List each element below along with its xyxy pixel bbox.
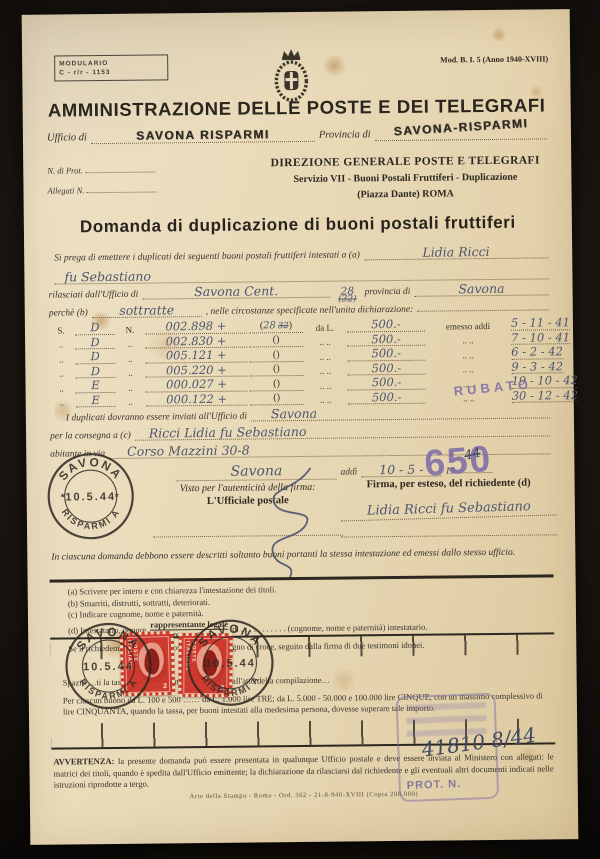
postmark-city: SAVONA bbox=[195, 621, 265, 650]
bond-n-label: .. bbox=[118, 397, 144, 407]
perche-filler bbox=[417, 309, 549, 311]
document-paper: MODULARIO C - r/r - 1153 Mod. B. I. 5 (A… bbox=[22, 9, 579, 845]
bond-s: .. bbox=[50, 397, 74, 407]
modulario-box: MODULARIO C - r/r - 1153 bbox=[54, 54, 168, 81]
direzione-block: DIREZIONE GENERALE POSTE E TELEGRAFI Ser… bbox=[261, 154, 549, 201]
provincia-label: Provincia di bbox=[319, 129, 371, 141]
allegati-field bbox=[86, 191, 156, 193]
bond-amount: 500.- bbox=[347, 376, 425, 390]
bond-n-label: .. bbox=[117, 368, 143, 378]
inviati-line: I duplicati dovranno essere inviati all'… bbox=[66, 404, 550, 423]
ufficio-field: SAVONA RISPARMI bbox=[91, 127, 315, 144]
bond-fraction bbox=[250, 392, 304, 406]
ufficio-label: Ufficio di bbox=[47, 132, 87, 143]
bond-fraction-crossed: 32 bbox=[278, 321, 289, 331]
postmark-city: SAVONA bbox=[56, 454, 126, 483]
prot-number-field bbox=[85, 172, 155, 174]
bond-emesso-label: .. .. bbox=[427, 364, 509, 375]
stamp-value: 2 bbox=[163, 683, 167, 690]
bond-date: 7 - 10 - 41 bbox=[511, 331, 570, 345]
bond-da-label: .. .. bbox=[306, 395, 346, 405]
firma-block: Firma, per esteso, del richiedente (d) L… bbox=[341, 477, 558, 537]
bond-fraction bbox=[249, 363, 303, 377]
perche-value: sottratte bbox=[92, 303, 202, 318]
svg-text:RISPARMI A: RISPARMI A bbox=[199, 673, 262, 698]
postmark-city: SAVONA bbox=[73, 624, 143, 653]
intro-line: Si prega di emettere i duplicati dei seg… bbox=[54, 244, 548, 263]
bond-n-label: N. bbox=[117, 324, 143, 334]
bond-da-label: .. .. bbox=[305, 351, 345, 361]
faded-stamp-line bbox=[406, 702, 486, 711]
perche-suffix: , nelle circostanze specificate nell'uni… bbox=[206, 305, 414, 317]
bond-fraction bbox=[249, 377, 303, 391]
bond-number: 005.220 + bbox=[145, 363, 247, 378]
bond-number: 000.027 + bbox=[145, 378, 247, 393]
bond-n-label: .. bbox=[117, 353, 143, 363]
postmark-date: 10.5.44 bbox=[65, 491, 116, 504]
prot-number-label: N. di Prot. bbox=[47, 165, 83, 175]
bond-number: 002.898 + bbox=[145, 320, 247, 335]
intestatario-name: Lidia Ricci bbox=[364, 244, 548, 260]
bond-amount: 500.- bbox=[347, 318, 425, 332]
provincia-di-label: provincia di bbox=[365, 287, 411, 297]
postmark-ring: RISPARMI A bbox=[60, 507, 123, 532]
bond-s: .. bbox=[49, 339, 73, 349]
mod-reference: Mod. B. I. 5 (Anno 1940-XVIII) bbox=[440, 54, 548, 64]
stain-spot bbox=[320, 55, 348, 75]
postmark-ring: RISPARMI A bbox=[77, 676, 140, 701]
consegna-label: per la consegna a (c) bbox=[50, 431, 131, 442]
inviati-office: Savona bbox=[251, 404, 550, 421]
avvertenza-label: AVVERTENZA: bbox=[53, 756, 114, 767]
bond-da-label: .. .. bbox=[305, 366, 345, 376]
protocol-block: N. di Prot. Allegati N. bbox=[47, 164, 156, 205]
bond-s: .. bbox=[49, 354, 73, 364]
bond-number: 002.830 + bbox=[145, 334, 247, 349]
bond-serie: E bbox=[76, 393, 116, 407]
bond-date: 6 - 2 - 42 bbox=[511, 345, 563, 359]
postmark-star: * bbox=[115, 492, 121, 503]
bond-emesso-label: .. .. bbox=[427, 349, 509, 360]
modulario-line2: C - r/r - 1153 bbox=[59, 67, 163, 77]
ufficio-stamp: SAVONA RISPARMI bbox=[136, 127, 270, 142]
inviati-label: I duplicati dovranno essere inviati all'… bbox=[66, 412, 247, 424]
allegati-label: Allegati N. bbox=[47, 185, 84, 195]
bond-s: .. bbox=[49, 368, 73, 378]
bond-amount: 500.- bbox=[347, 347, 425, 361]
svg-text:RISPARMI A: RISPARMI A bbox=[60, 507, 123, 532]
bond-fraction-value: 28 bbox=[263, 320, 276, 331]
bond-number: 005.121 + bbox=[145, 349, 247, 364]
postmark-date: 10.5.44 bbox=[83, 661, 134, 674]
bond-da-label: .. .. bbox=[306, 380, 346, 390]
bond-n-label: .. bbox=[117, 339, 143, 349]
provincia-stamp: SAVONA-RISPARMI bbox=[393, 116, 528, 138]
addi-label: addì bbox=[340, 467, 357, 477]
bond-serie: E bbox=[75, 379, 115, 393]
bond-s: .. bbox=[50, 383, 74, 393]
bond-serie: D bbox=[75, 364, 115, 378]
bond-emesso-label: emesso addì bbox=[427, 320, 509, 331]
note-paragraph: In ciascuna domanda debbono essere descr… bbox=[51, 546, 551, 564]
bond-fraction: 2832 bbox=[249, 319, 303, 333]
bond-emesso-label: .. .. bbox=[427, 335, 509, 346]
administration-title: AMMINISTRAZIONE DELLE POSTE E DEI TELEGR… bbox=[43, 94, 551, 121]
provincia-field: SAVONA-RISPARMI bbox=[375, 124, 547, 141]
firma-label: Firma, per esteso, del richiedente (d) bbox=[341, 477, 557, 490]
bond-amount: 500.- bbox=[347, 361, 425, 375]
postmark-ring: RISPARMI A bbox=[199, 673, 262, 698]
bond-fraction bbox=[249, 348, 303, 362]
bond-serie: D bbox=[75, 350, 115, 364]
postmark-savona: SAVONA RISPARMI A 10.5.44 bbox=[184, 616, 277, 709]
bond-s: S. bbox=[49, 325, 73, 335]
provincia-value: Savona bbox=[414, 281, 548, 296]
intro-label: Si prega di emettere i duplicati dei seg… bbox=[54, 250, 360, 263]
official-signature-flourish bbox=[208, 464, 339, 583]
svg-text:SAVONA: SAVONA bbox=[56, 454, 126, 483]
rilasciati-office: Savona Cent. bbox=[142, 284, 330, 300]
direzione-line3: (Piazza Dante) ROMA bbox=[262, 187, 550, 201]
bond-da-label: .. .. bbox=[305, 337, 345, 347]
postmark-savona: SAVONA RISPARMI A 10.5.44 * * bbox=[44, 450, 137, 543]
form-title: Domanda di duplicazione di buoni postali… bbox=[44, 212, 552, 237]
svg-text:RISPARMI A: RISPARMI A bbox=[77, 676, 140, 701]
svg-text:SAVONA: SAVONA bbox=[73, 624, 143, 653]
bond-date: 5 - 11 - 41 bbox=[511, 316, 570, 330]
intestatario-name2: fu Sebastiano bbox=[64, 269, 151, 285]
bond-amount: 500.- bbox=[348, 390, 426, 404]
direzione-line1: DIREZIONE GENERALE POSTE E TELEGRAFI bbox=[261, 154, 549, 169]
prot-n-label: PROT. N. bbox=[407, 778, 462, 792]
bond-fraction bbox=[249, 334, 303, 348]
prot-number-line: N. di Prot. bbox=[47, 164, 156, 175]
photo-backdrop: MODULARIO C - r/r - 1153 Mod. B. I. 5 (A… bbox=[0, 0, 600, 859]
perche-label: perchè (b) bbox=[49, 308, 88, 318]
direzione-line2: Servizio VII - Buoni Postali Fruttiferi … bbox=[261, 171, 549, 185]
postmark-date: 10.5.44 bbox=[205, 657, 256, 670]
rilasciati-label: rilasciati dall'Ufficio di bbox=[49, 290, 139, 301]
bond-number: 000.122 + bbox=[146, 392, 248, 407]
bond-amount: 500.- bbox=[347, 332, 425, 346]
faded-stamp-line bbox=[406, 715, 486, 724]
richiedente-signature: Lidia Ricci fu Sebastiano bbox=[341, 498, 557, 521]
stain-spot bbox=[490, 28, 508, 42]
postmark-star: * bbox=[61, 492, 67, 503]
firma-empty-line bbox=[341, 533, 557, 537]
postmark-savona: SAVONA RISPARMI A 10.5.44 bbox=[62, 620, 155, 713]
svg-text:SAVONA: SAVONA bbox=[195, 621, 265, 650]
bond-da-label: da L. bbox=[305, 322, 345, 332]
bond-serie: D bbox=[75, 335, 115, 349]
bond-date: 9 - 3 - 42 bbox=[511, 360, 563, 374]
bond-serie: D bbox=[75, 321, 115, 335]
allegati-line: Allegati N. bbox=[47, 184, 156, 195]
office-line: Ufficio di SAVONA RISPARMI Provincia di … bbox=[47, 124, 547, 144]
bond-n-label: .. bbox=[118, 382, 144, 392]
